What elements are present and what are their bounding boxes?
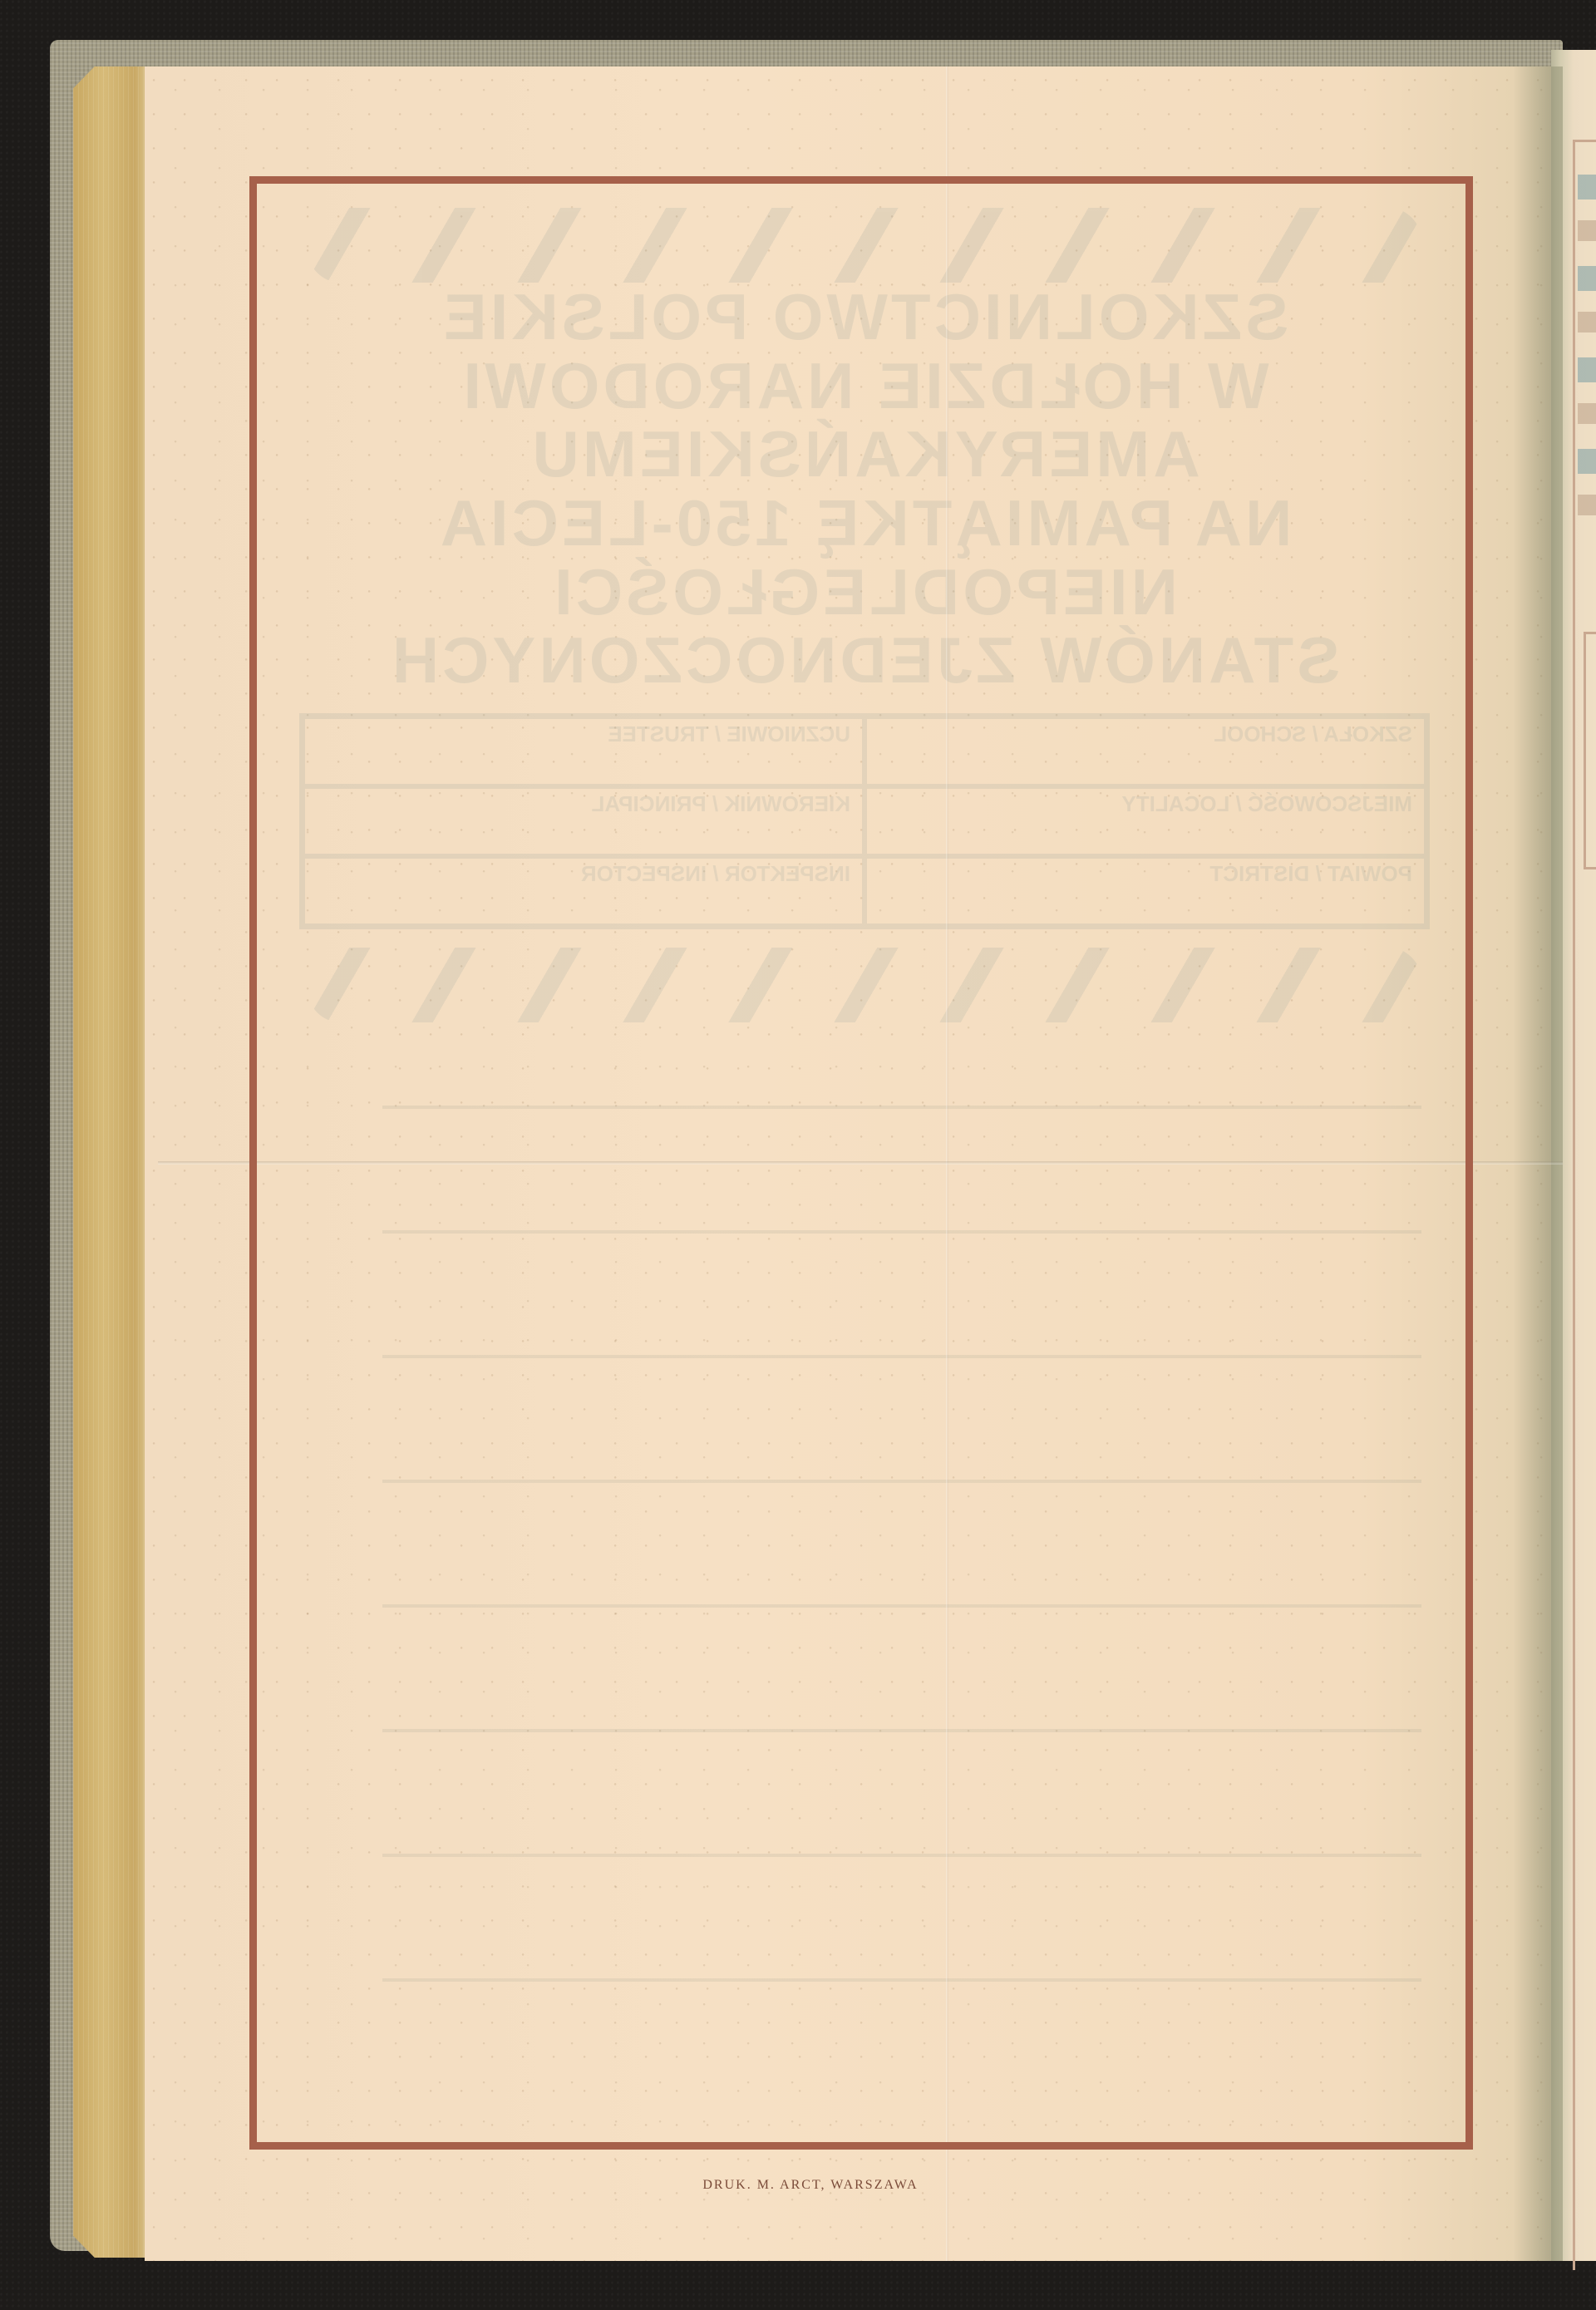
gilt-page-edges — [73, 66, 150, 2258]
decorative-border-frame — [249, 176, 1473, 2150]
adjacent-page-table — [1584, 632, 1596, 869]
printer-imprint: DRUK. M. ARCT, WARSZAWA — [0, 2178, 1596, 2193]
adjacent-page-ornament — [1578, 175, 1596, 540]
imprint-text: DRUK. M. ARCT, WARSZAWA — [702, 2178, 918, 2192]
